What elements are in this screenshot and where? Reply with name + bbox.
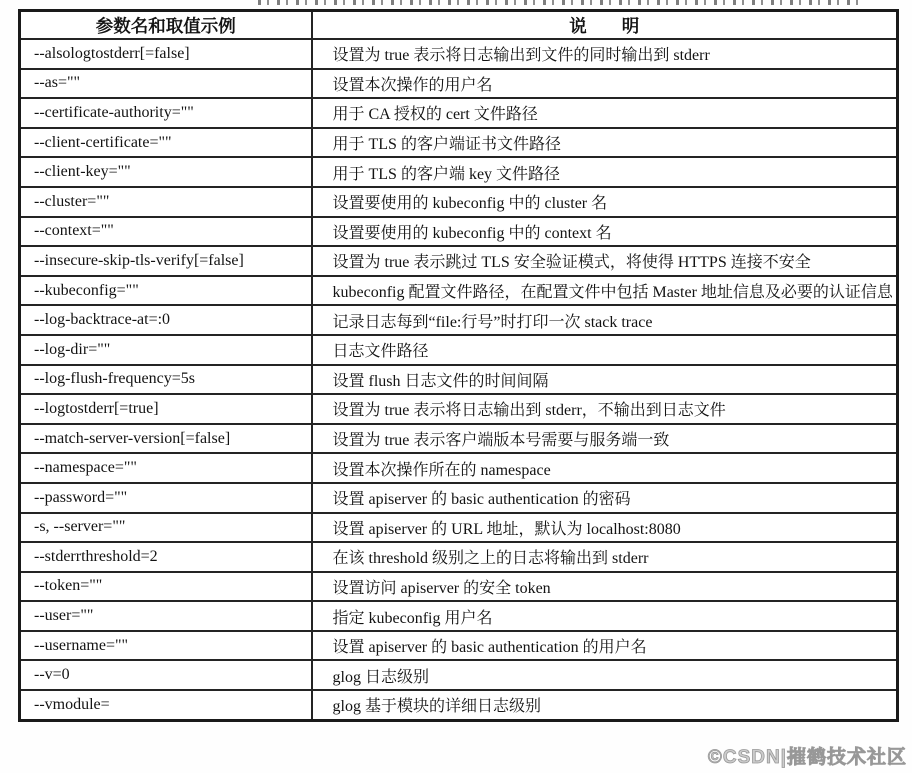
- header-param-column: 参数名和取值示例: [20, 11, 312, 40]
- table-row: --vmodule=glog 基于模块的详细日志级别: [20, 690, 898, 720]
- desc-cell: 设置为 true 表示客户端版本号需要与服务端一致: [312, 424, 898, 454]
- table-row: -s, --server=""设置 apiserver 的 URL 地址，默认为…: [20, 513, 898, 543]
- desc-cell: 设置为 true 表示将日志输出到 stderr，不输出到日志文件: [312, 394, 898, 424]
- kubectl-common-params-table: 参数名和取值示例 说 明 --alsologtostderr[=false]设置…: [18, 9, 899, 722]
- param-cell: --namespace="": [20, 453, 312, 483]
- param-cell: --log-dir="": [20, 335, 312, 365]
- table-row: --insecure-skip-tls-verify[=false]设置为 tr…: [20, 246, 898, 276]
- param-cell: --context="": [20, 217, 312, 247]
- table-row: --certificate-authority=""用于 CA 授权的 cert…: [20, 98, 898, 128]
- param-cell: --alsologtostderr[=false]: [20, 39, 312, 69]
- param-cell: --match-server-version[=false]: [20, 424, 312, 454]
- table-row: --username=""设置 apiserver 的 basic authen…: [20, 631, 898, 661]
- table-row: --log-flush-frequency=5s设置 flush 日志文件的时间…: [20, 365, 898, 395]
- desc-cell: 设置访问 apiserver 的安全 token: [312, 572, 898, 602]
- desc-cell: 记录日志每到“file:行号”时打印一次 stack trace: [312, 305, 898, 335]
- param-cell: --vmodule=: [20, 690, 312, 720]
- desc-cell: 用于 TLS 的客户端 key 文件路径: [312, 157, 898, 187]
- desc-cell: 设置 apiserver 的 basic authentication 的用户名: [312, 631, 898, 661]
- param-cell: --username="": [20, 631, 312, 661]
- param-cell: --log-flush-frequency=5s: [20, 365, 312, 395]
- csdn-watermark: ©CSDN|摧鹤技术社区: [708, 742, 907, 769]
- param-cell: --certificate-authority="": [20, 98, 312, 128]
- param-cell: --log-backtrace-at=:0: [20, 305, 312, 335]
- desc-cell: 设置 apiserver 的 URL 地址，默认为 localhost:8080: [312, 513, 898, 543]
- desc-cell: 设置本次操作的用户名: [312, 69, 898, 99]
- table-row: --cluster=""设置要使用的 kubeconfig 中的 cluster…: [20, 187, 898, 217]
- table-row: --user=""指定 kubeconfig 用户名: [20, 601, 898, 631]
- desc-cell: 指定 kubeconfig 用户名: [312, 601, 898, 631]
- desc-cell: kubeconfig 配置文件路径，在配置文件中包括 Master 地址信息及必…: [312, 276, 898, 306]
- table-row: --token=""设置访问 apiserver 的安全 token: [20, 572, 898, 602]
- desc-cell: glog 基于模块的详细日志级别: [312, 690, 898, 720]
- table-row: --alsologtostderr[=false]设置为 true 表示将日志输…: [20, 39, 898, 69]
- table-row: --log-backtrace-at=:0记录日志每到“file:行号”时打印一…: [20, 305, 898, 335]
- table-row: --as=""设置本次操作的用户名: [20, 69, 898, 99]
- table-row: --match-server-version[=false]设置为 true 表…: [20, 424, 898, 454]
- cropped-caption-fragment: [258, 0, 864, 5]
- desc-cell: 设置为 true 表示跳过 TLS 安全验证模式，将使得 HTTPS 连接不安全: [312, 246, 898, 276]
- header-row: 参数名和取值示例 说 明: [20, 11, 898, 40]
- param-cell: --kubeconfig="": [20, 276, 312, 306]
- table-row: --stderrthreshold=2在该 threshold 级别之上的日志将…: [20, 542, 898, 572]
- param-cell: --user="": [20, 601, 312, 631]
- desc-cell: 设置要使用的 kubeconfig 中的 context 名: [312, 217, 898, 247]
- desc-cell: 在该 threshold 级别之上的日志将输出到 stderr: [312, 542, 898, 572]
- desc-cell: 用于 CA 授权的 cert 文件路径: [312, 98, 898, 128]
- table-row: --password=""设置 apiserver 的 basic authen…: [20, 483, 898, 513]
- desc-cell: 设置本次操作所在的 namespace: [312, 453, 898, 483]
- param-cell: --token="": [20, 572, 312, 602]
- param-cell: -s, --server="": [20, 513, 312, 543]
- table-row: --kubeconfig=""kubeconfig 配置文件路径，在配置文件中包…: [20, 276, 898, 306]
- param-cell: --v=0: [20, 660, 312, 690]
- param-cell: --logtostderr[=true]: [20, 394, 312, 424]
- desc-cell: 设置 apiserver 的 basic authentication 的密码: [312, 483, 898, 513]
- desc-cell: 设置为 true 表示将日志输出到文件的同时输出到 stderr: [312, 39, 898, 69]
- param-cell: --cluster="": [20, 187, 312, 217]
- table-body: --alsologtostderr[=false]设置为 true 表示将日志输…: [20, 39, 898, 720]
- table-row: --client-key=""用于 TLS 的客户端 key 文件路径: [20, 157, 898, 187]
- table-row: --log-dir=""日志文件路径: [20, 335, 898, 365]
- desc-cell: 设置 flush 日志文件的时间间隔: [312, 365, 898, 395]
- param-cell: --as="": [20, 69, 312, 99]
- desc-cell: 用于 TLS 的客户端证书文件路径: [312, 128, 898, 158]
- param-cell: --password="": [20, 483, 312, 513]
- header-desc-column: 说 明: [312, 11, 898, 40]
- desc-cell: 设置要使用的 kubeconfig 中的 cluster 名: [312, 187, 898, 217]
- param-cell: --insecure-skip-tls-verify[=false]: [20, 246, 312, 276]
- desc-cell: glog 日志级别: [312, 660, 898, 690]
- param-cell: --stderrthreshold=2: [20, 542, 312, 572]
- table-row: --v=0glog 日志级别: [20, 660, 898, 690]
- param-cell: --client-key="": [20, 157, 312, 187]
- table-row: --client-certificate=""用于 TLS 的客户端证书文件路径: [20, 128, 898, 158]
- desc-cell: 日志文件路径: [312, 335, 898, 365]
- param-cell: --client-certificate="": [20, 128, 312, 158]
- table-row: --namespace=""设置本次操作所在的 namespace: [20, 453, 898, 483]
- table-row: --context=""设置要使用的 kubeconfig 中的 context…: [20, 217, 898, 247]
- table-row: --logtostderr[=true]设置为 true 表示将日志输出到 st…: [20, 394, 898, 424]
